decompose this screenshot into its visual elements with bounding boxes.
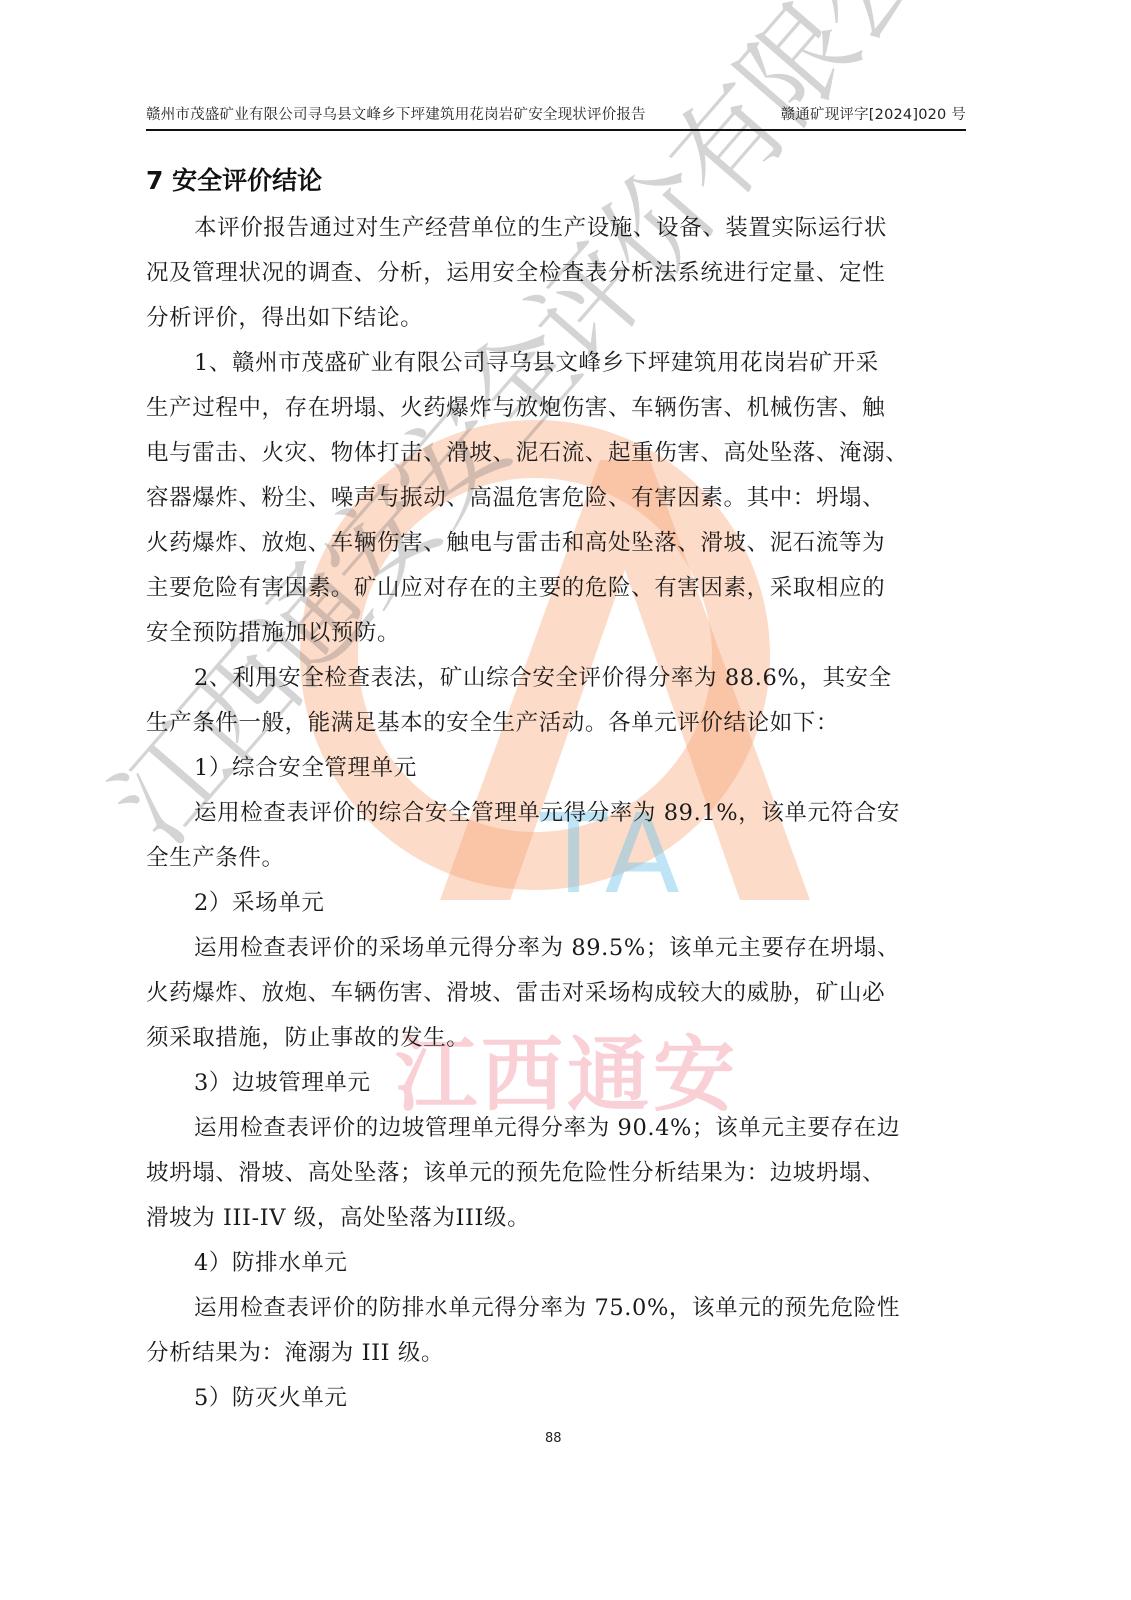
paragraph-line: 运用检查表评价的防排水单元得分率为 75.0%，该单元的预先危险性 (194, 1290, 900, 1322)
subsection-heading: 3）边坡管理单元 (194, 1065, 371, 1097)
paragraph-line: 生产过程中，存在坍塌、火药爆炸与放炮伤害、车辆伤害、机械伤害、触 (146, 390, 885, 422)
paragraph-line: 电与雷击、火灾、物体打击、滑坡、泥石流、起重伤害、高处坠落、淹溺、 (146, 435, 908, 467)
paragraph-line: 运用检查表评价的边坡管理单元得分率为 90.4%；该单元主要存在边 (194, 1110, 900, 1142)
paragraph-line: 1、赣州市茂盛矿业有限公司寻乌县文峰乡下坪建筑用花岗岩矿开采 (194, 345, 879, 377)
paragraph-line: 况及管理状况的调查、分析，运用安全检查表分析法系统进行定量、定性 (146, 255, 885, 287)
paragraph-line: 分析结果为：淹溺为 III 级。 (146, 1335, 444, 1367)
subsection-heading: 1）综合安全管理单元 (194, 750, 417, 782)
paragraph-line: 分析评价，得出如下结论。 (146, 300, 423, 332)
paragraph-line: 滑坡为 III-IV 级，高处坠落为III级。 (146, 1200, 530, 1232)
paragraph-line: 运用检查表评价的采场单元得分率为 89.5%；该单元主要存在坍塌、 (194, 930, 900, 962)
paragraph-line: 2、利用安全检查表法，矿山综合安全评价得分率为 88.6%，其安全 (194, 660, 892, 692)
paragraph-line: 生产条件一般，能满足基本的安全生产活动。各单元评价结论如下： (146, 705, 839, 737)
paragraph-line: 火药爆炸、放炮、车辆伤害、触电与雷击和高处坠落、滑坡、泥石流等为 (146, 525, 885, 557)
header-report-title: 赣州市茂盛矿业有限公司寻乌县文峰乡下坪建筑用花岗岩矿安全现状评价报告 (146, 103, 646, 124)
paragraph-line: 全生产条件。 (146, 840, 285, 872)
paragraph-line: 须采取措施，防止事故的发生。 (146, 1020, 469, 1052)
paragraph-line: 安全预防措施加以预防。 (146, 615, 400, 647)
subsection-heading: 2）采场单元 (194, 885, 324, 917)
subsection-heading: 4）防排水单元 (194, 1245, 348, 1277)
paragraph-line: 主要危险有害因素。矿山应对存在的主要的危险、有害因素，采取相应的 (146, 570, 885, 602)
document-page: TA 江西通安 江西通安安全评价有限公司 赣州市茂盛矿业有限公司寻乌县文峰乡下坪… (0, 0, 1131, 1600)
paragraph-line: 容器爆炸、粉尘、噪声与振动、高温危害危险、有害因素。其中：坍塌、 (146, 480, 885, 512)
paragraph-line: 坡坍塌、滑坡、高处坠落；该单元的预先危险性分析结果为：边坡坍塌、 (146, 1155, 885, 1187)
paragraph-line: 运用检查表评价的综合安全管理单元得分率为 89.1%，该单元符合安 (194, 795, 900, 827)
paragraph-line: 火药爆炸、放炮、车辆伤害、滑坡、雷击对采场构成较大的威胁，矿山必 (146, 975, 885, 1007)
paragraph-line: 本评价报告通过对生产经营单位的生产设施、设备、装置实际运行状 (194, 210, 887, 242)
header-divider (146, 129, 966, 131)
header-doc-number: 赣通矿现评字[2024]020 号 (781, 103, 966, 124)
section-title: 7 安全评价结论 (146, 161, 322, 197)
subsection-heading: 5）防灭火单元 (194, 1380, 348, 1412)
page-number: 88 (545, 1431, 562, 1446)
running-header: 赣州市茂盛矿业有限公司寻乌县文峰乡下坪建筑用花岗岩矿安全现状评价报告 赣通矿现评… (146, 103, 966, 125)
